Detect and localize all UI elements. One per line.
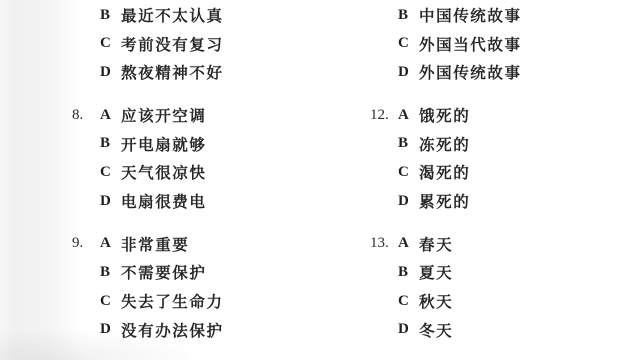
option-row: B冻死的 (370, 130, 522, 159)
option-row: B夏天 (370, 258, 522, 287)
option-letter: C (100, 293, 121, 310)
option-letter: B (100, 264, 121, 281)
option-row: D冬天 (370, 315, 522, 344)
options-column-left: B最近不太认真C考前没有复习D熬夜精神不好8.A应该开空调B开电扇就够C天气很凉… (72, 1, 224, 358)
option-row: B开电扇就够 (72, 130, 224, 159)
option-letter: C (398, 293, 419, 310)
option-letter: C (398, 164, 419, 181)
option-letter: D (100, 321, 121, 338)
option-text: 渴死的 (419, 161, 470, 183)
option-letter: D (398, 193, 419, 210)
option-row: 12.A饿死的 (370, 101, 522, 130)
option-row: C渴死的 (370, 158, 522, 187)
option-text: 中国传统故事 (419, 4, 522, 26)
question-group: B最近不太认真C考前没有复习D熬夜精神不好 (72, 1, 224, 87)
option-text: 非常重要 (121, 233, 189, 255)
option-text: 没有办法保护 (121, 319, 224, 341)
option-text: 开电扇就够 (121, 133, 207, 155)
option-letter: B (100, 135, 121, 152)
option-letter: B (100, 7, 121, 24)
option-text: 秋天 (419, 290, 453, 312)
option-text: 冬天 (419, 319, 453, 341)
option-letter: D (398, 321, 419, 338)
option-letter: C (398, 35, 419, 52)
question-number: 13. (370, 235, 398, 252)
option-text: 夏天 (419, 261, 453, 283)
option-row: D累死的 (370, 187, 522, 216)
option-row: D没有办法保护 (72, 315, 224, 344)
question-group: 9.A非常重要B不需要保护C失去了生命力D没有办法保护 (72, 230, 224, 344)
option-letter: D (100, 64, 121, 81)
option-text: 电扇很费电 (121, 190, 207, 212)
question-number: 9. (72, 235, 100, 252)
option-letter: A (100, 235, 121, 252)
option-row: C失去了生命力 (72, 287, 224, 316)
option-row: D熬夜精神不好 (72, 58, 224, 87)
option-row: 9.A非常重要 (72, 230, 224, 259)
option-letter: B (398, 135, 419, 152)
option-row: C考前没有复习 (72, 30, 224, 59)
option-text: 饿死的 (419, 104, 470, 126)
option-letter: B (398, 264, 419, 281)
option-row: B不需要保护 (72, 258, 224, 287)
option-text: 考前没有复习 (121, 33, 224, 55)
option-row: D外国传统故事 (370, 58, 522, 87)
option-text: 失去了生命力 (121, 290, 224, 312)
option-row: C天气很凉快 (72, 158, 224, 187)
option-letter: C (100, 35, 121, 52)
option-letter: C (100, 164, 121, 181)
option-text: 累死的 (419, 190, 470, 212)
option-row: 8.A应该开空调 (72, 101, 224, 130)
question-group: 12.A饿死的B冻死的C渴死的D累死的 (370, 101, 522, 215)
option-letter: D (398, 64, 419, 81)
option-letter: B (398, 7, 419, 24)
option-letter: A (398, 235, 419, 252)
question-group: 8.A应该开空调B开电扇就够C天气很凉快D电扇很费电 (72, 101, 224, 215)
options-column-right: B中国传统故事C外国当代故事D外国传统故事12.A饿死的B冻死的C渴死的D累死的… (370, 1, 522, 358)
option-text: 天气很凉快 (121, 161, 207, 183)
option-text: 应该开空调 (121, 104, 207, 126)
question-number: 8. (72, 107, 100, 124)
option-letter: A (398, 107, 419, 124)
option-text: 外国传统故事 (419, 61, 522, 83)
option-text: 外国当代故事 (419, 33, 522, 55)
question-group: 13.A春天B夏天C秋天D冬天 (370, 230, 522, 344)
option-row: D电扇很费电 (72, 187, 224, 216)
option-row: C秋天 (370, 287, 522, 316)
option-text: 冻死的 (419, 133, 470, 155)
option-row: 13.A春天 (370, 230, 522, 259)
option-text: 最近不太认真 (121, 4, 224, 26)
question-group: B中国传统故事C外国当代故事D外国传统故事 (370, 1, 522, 87)
option-text: 不需要保护 (121, 261, 207, 283)
option-letter: A (100, 107, 121, 124)
option-text: 春天 (419, 233, 453, 255)
option-row: C外国当代故事 (370, 30, 522, 59)
option-text: 熬夜精神不好 (121, 61, 224, 83)
option-letter: D (100, 193, 121, 210)
question-number: 12. (370, 107, 398, 124)
worksheet-page: B最近不太认真C考前没有复习D熬夜精神不好8.A应该开空调B开电扇就够C天气很凉… (0, 0, 640, 360)
option-row: B中国传统故事 (370, 1, 522, 30)
option-row: B最近不太认真 (72, 1, 224, 30)
